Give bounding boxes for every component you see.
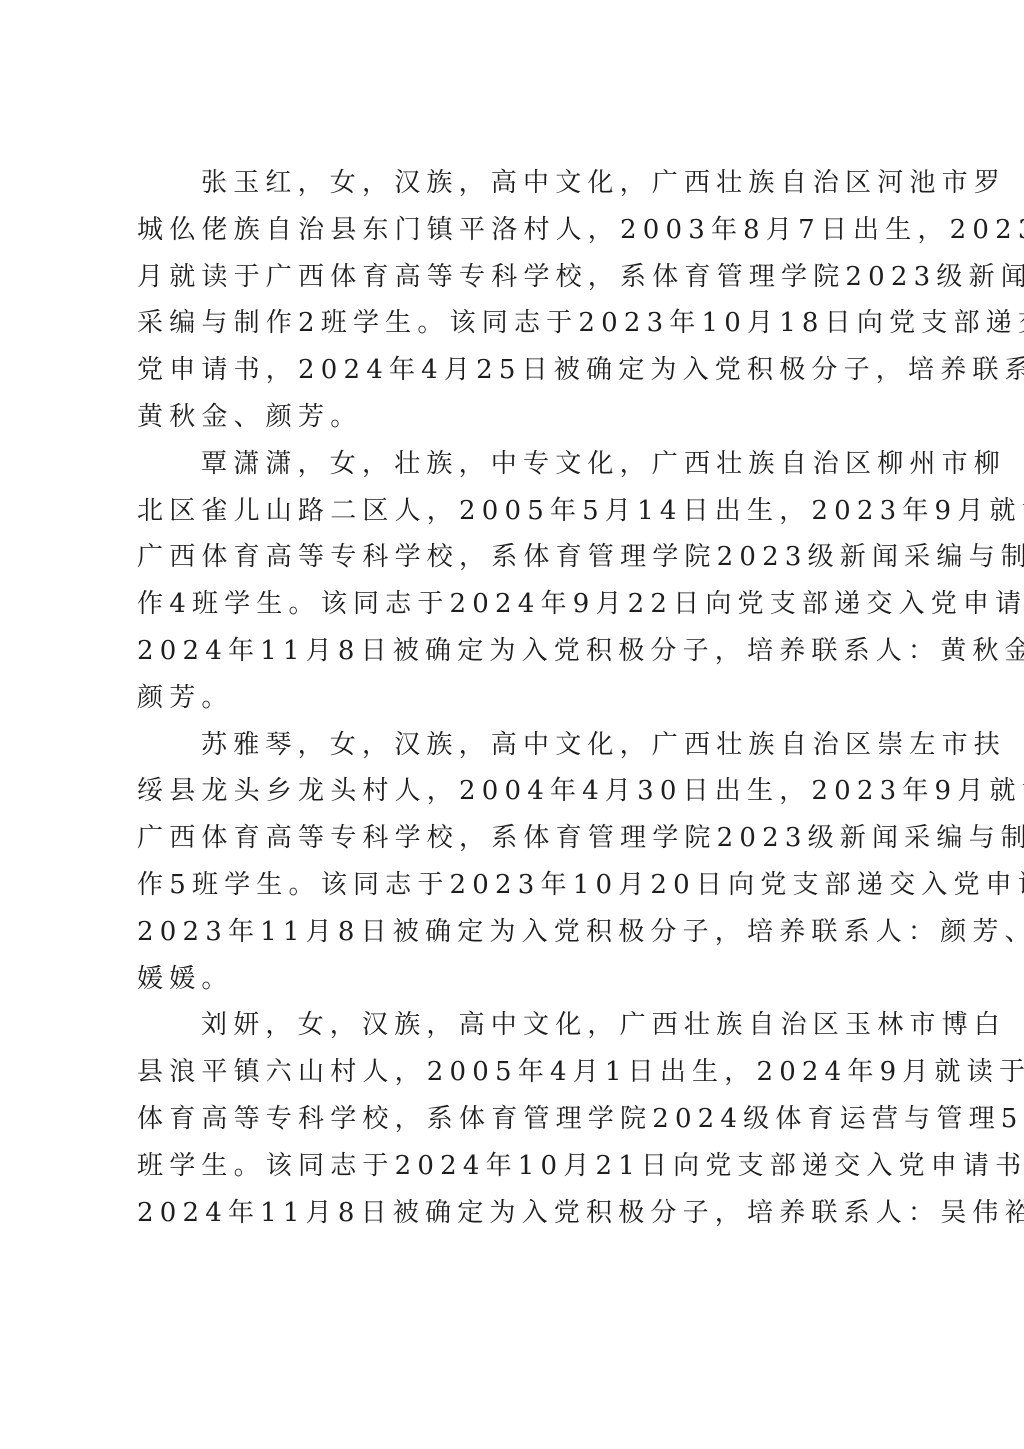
paragraph-liu-yan: 刘妍，女，汉族，高中文化，广西壮族自治区玉林市博白 县浪平镇六山村人，2005年…: [137, 1002, 897, 1236]
text-line: 县浪平镇六山村人，2005年4月1日出生，2024年9月就读于广西: [137, 1049, 897, 1096]
paragraph-qin-xiaoxiao: 覃潇潇，女，壮族，中专文化，广西壮族自治区柳州市柳 北区雀儿山路二区人，2005…: [137, 441, 897, 722]
text-line: 作4班学生。该同志于2024年9月22日向党支部递交入党申请书，: [137, 581, 897, 628]
text-line: 刘妍，女，汉族，高中文化，广西壮族自治区玉林市博白: [137, 1002, 897, 1049]
text-line: 北区雀儿山路二区人，2005年5月14日出生，2023年9月就读于: [137, 488, 897, 535]
text-line: 绥县龙头乡龙头村人，2004年4月30日出生，2023年9月就读于: [137, 768, 897, 815]
text-line: 颜芳。: [137, 675, 897, 722]
text-line: 2023年11月8日被确定为入党积极分子，培养联系人：颜芳、莫: [137, 909, 897, 956]
paragraph-zhang-yuhong: 张玉红，女，汉族，高中文化，广西壮族自治区河池市罗 城仫佬族自治县东门镇平洛村人…: [137, 160, 897, 441]
text-line: 覃潇潇，女，壮族，中专文化，广西壮族自治区柳州市柳: [137, 441, 897, 488]
text-line: 2024年11月8日被确定为入党积极分子，培养联系人：黄秋金、: [137, 628, 897, 675]
text-line: 体育高等专科学校，系体育管理学院2024级体育运营与管理5: [137, 1096, 897, 1143]
document-body: 张玉红，女，汉族，高中文化，广西壮族自治区河池市罗 城仫佬族自治县东门镇平洛村人…: [137, 160, 897, 1236]
text-line: 媛媛。: [137, 956, 897, 1003]
text-line: 作5班学生。该同志于2023年10月20日向党支部递交入党申请书，: [137, 862, 897, 909]
text-line: 城仫佬族自治县东门镇平洛村人，2003年8月7日出生，2023年9: [137, 207, 897, 254]
text-line: 月就读于广西体育高等专科学校，系体育管理学院2023级新闻: [137, 254, 897, 301]
text-line: 黄秋金、颜芳。: [137, 394, 897, 441]
text-line: 党申请书，2024年4月25日被确定为入党积极分子，培养联系人：: [137, 347, 897, 394]
text-line: 班学生。该同志于2024年10月21日向党支部递交入党申请书，: [137, 1143, 897, 1190]
text-line: 张玉红，女，汉族，高中文化，广西壮族自治区河池市罗: [137, 160, 897, 207]
text-line: 采编与制作2班学生。该同志于2023年10月18日向党支部递交入: [137, 300, 897, 347]
document-page: 张玉红，女，汉族，高中文化，广西壮族自治区河池市罗 城仫佬族自治县东门镇平洛村人…: [0, 0, 1024, 1449]
text-line: 2024年11月8日被确定为入党积极分子，培养联系人：吴伟裕、: [137, 1190, 897, 1237]
text-line: 广西体育高等专科学校，系体育管理学院2023级新闻采编与制: [137, 534, 897, 581]
text-line: 苏雅琴，女，汉族，高中文化，广西壮族自治区崇左市扶: [137, 722, 897, 769]
paragraph-su-yaqin: 苏雅琴，女，汉族，高中文化，广西壮族自治区崇左市扶 绥县龙头乡龙头村人，2004…: [137, 722, 897, 1003]
text-line: 广西体育高等专科学校，系体育管理学院2023级新闻采编与制: [137, 815, 897, 862]
